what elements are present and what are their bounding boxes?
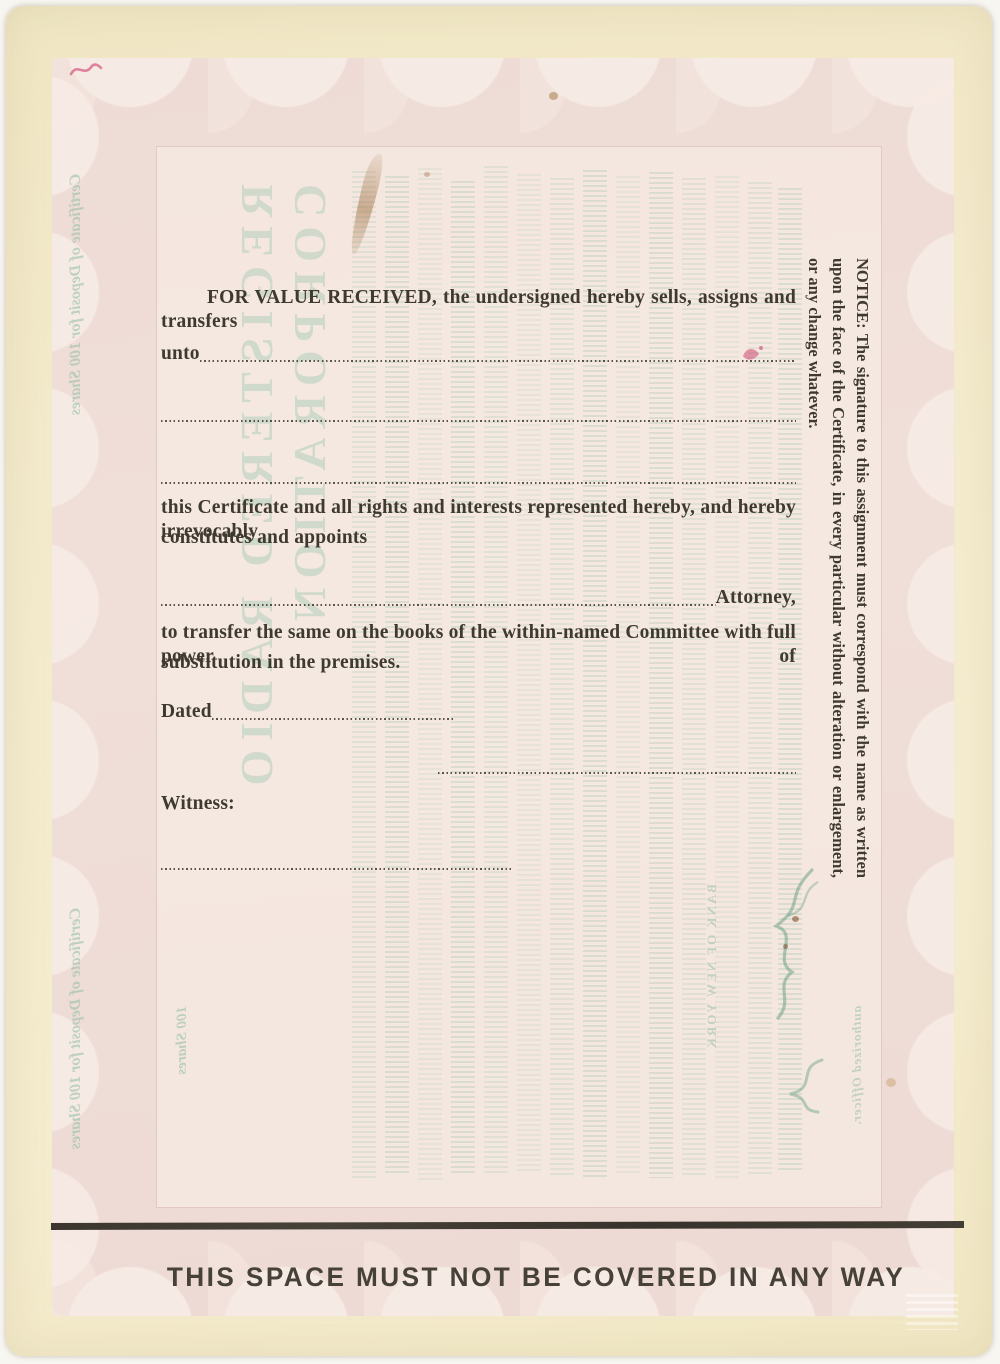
signature-line [438, 772, 796, 774]
red-ink-mark [68, 58, 104, 84]
unto-label: unto [161, 342, 200, 366]
bleed-left-bottom-note: Certificate of Deposit for 100 Shares [66, 908, 126, 1194]
paper-sheet: REGISTERED RADIO CORPORATION Certificate… [6, 6, 992, 1356]
attorney-fill-in-line [161, 604, 716, 606]
ghost-stripe-mark [906, 1294, 958, 1330]
clause-transfer-line2: substitution in the premises. [161, 651, 796, 675]
footer-warning-text: THIS SPACE MUST NOT BE COVERED IN ANY WA… [100, 1262, 973, 1293]
bleed-signature-flourish [754, 864, 834, 1024]
unto-row: unto [161, 342, 796, 366]
witness-label: Witness: [161, 792, 235, 816]
bleed-initial-flourish [778, 1054, 834, 1118]
dated-label: Dated [161, 700, 212, 724]
unto-fill-in-line [200, 360, 796, 362]
certificate-back-scan: { "page": { "assignment": { "intro": "FO… [0, 0, 1000, 1364]
attorney-row: Attorney, [161, 586, 796, 610]
dated-fill-in-line [212, 718, 453, 720]
fill-in-line [161, 482, 796, 484]
for-value-received-line: FOR VALUE RECEIVED, the undersigned here… [161, 286, 796, 334]
fill-in-line [161, 420, 796, 422]
bleed-shares-note: 100 Shares [172, 1006, 198, 1156]
bleed-bank-note: BANK OF NEW YORK [704, 884, 722, 1084]
dated-row: Dated [161, 700, 453, 724]
notice-line-2: upon the face of the Certificate, in eve… [826, 258, 850, 878]
clause-irrevocably-line2: constitutes and appoints [161, 526, 796, 550]
notice-line-3: or any change whatever. [802, 258, 826, 878]
notice-block: NOTICE: The signature to this assignment… [802, 258, 874, 878]
bleed-left-top-note: Certificate of Deposit for 100 Shares [66, 174, 126, 454]
witness-signature-line [161, 868, 511, 870]
bleed-company-title: REGISTERED RADIO CORPORATION [230, 184, 320, 1184]
bleed-officer-note: authorized Officer. [849, 1006, 867, 1186]
notice-line-1: NOTICE: The signature to this assignment… [850, 258, 874, 878]
attorney-label: Attorney, [716, 586, 796, 610]
